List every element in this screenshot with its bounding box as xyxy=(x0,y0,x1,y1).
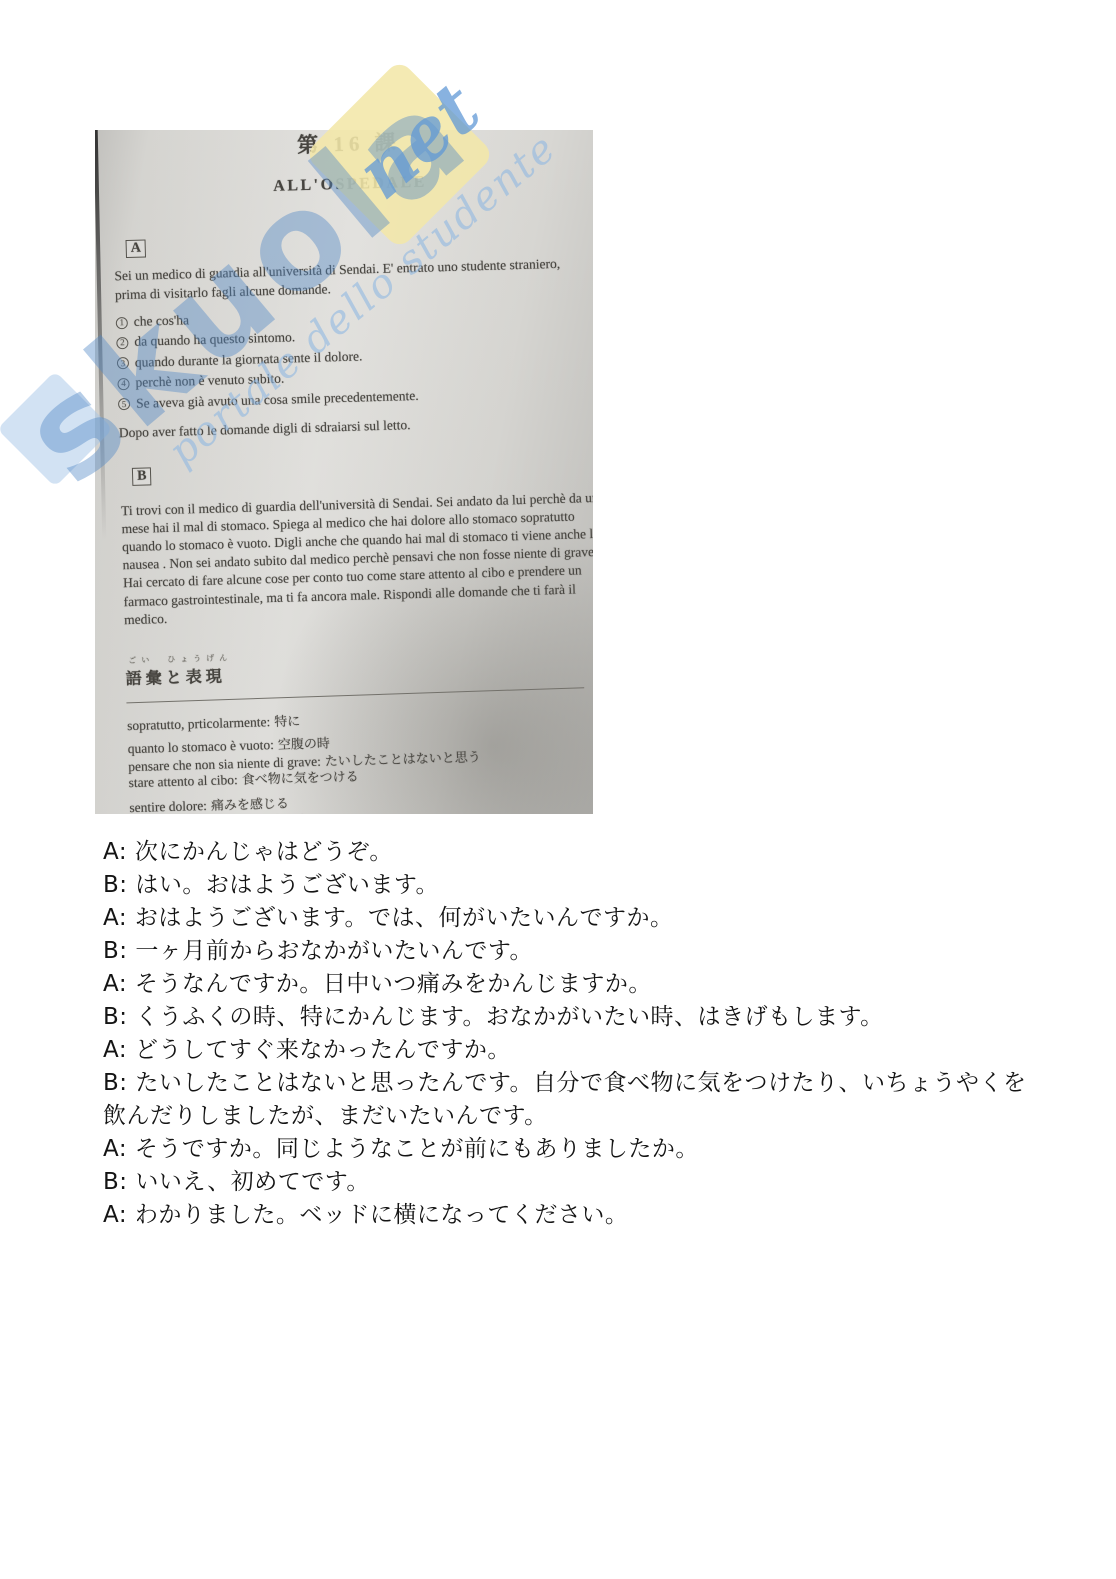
section-a-label: A xyxy=(126,239,147,258)
dialogue-line: A: そうですか。同じようなことが前にもありましたか。 xyxy=(103,1133,1103,1166)
vocab-translation: 食べ物に気をつける xyxy=(242,769,359,787)
question-text: da quando ha questo sintomo. xyxy=(134,330,295,349)
question-text: quando durante la giornata sente il dolo… xyxy=(135,348,363,369)
vocab-translation: たいしたことはないと思う xyxy=(325,749,481,768)
question-number: 3 xyxy=(117,357,129,369)
textbook-photo: 第 16 課 ALL'OSPEDALE A Sei un medico di g… xyxy=(95,130,593,814)
dialogue-line: A: どうしてすぐ来なかったんですか。 xyxy=(103,1034,1103,1067)
question-number: 5 xyxy=(118,398,130,410)
lesson-number: 第 16 課 xyxy=(111,130,588,164)
section-b-label: B xyxy=(132,467,152,486)
vocab-term: sopratutto, prticolarmente: xyxy=(127,714,271,733)
dialogue-line: B: はい。おはようございます。 xyxy=(103,869,1103,902)
dialogue-line: B: いいえ、初めてです。 xyxy=(103,1166,1103,1199)
question-list: 1che cos'ha 2da quando ha questo sintomo… xyxy=(116,299,593,414)
vocab-translation: 空腹の時 xyxy=(278,736,330,752)
question-number: 1 xyxy=(116,316,128,328)
question-number: 2 xyxy=(116,337,128,349)
dialogue-line: A: 次にかんじゃはどうぞ。 xyxy=(103,836,1103,869)
dialogue-line: B: くうふくの時、特にかんじます。おなかがいたい時、はきげもします。 xyxy=(103,1001,1103,1034)
vocab-term: sentire dolore: xyxy=(129,798,207,814)
dialogue-line: A: そうなんですか。日中いつ痛みをかんじますか。 xyxy=(103,968,1103,1001)
vocab-translation: 痛みを感じる xyxy=(211,796,289,813)
textbook-page-content: 第 16 課 ALL'OSPEDALE A Sei un medico di g… xyxy=(95,130,593,814)
vocab-term: stare attento al cibo: xyxy=(128,773,237,791)
vocab-list: sopratutto, prticolarmente:特に quanto lo … xyxy=(127,705,593,814)
question-text: perchè non è venuto subito. xyxy=(135,371,284,390)
lesson-title: ALL'OSPEDALE xyxy=(112,169,588,200)
dialogue-line: A: わかりました。ベッドに横になってください。 xyxy=(103,1199,1103,1232)
dialogue-line: B: たいしたことはないと思ったんです。自分で食べ物に気をつけたり、いちょうやく… xyxy=(103,1067,1103,1100)
vocab-term: quanto lo stomaco è vuoto: xyxy=(128,738,275,757)
vocab-divider xyxy=(126,687,584,703)
section-b-body: Ti trovi con il medico di guardia dell'u… xyxy=(121,488,593,629)
dialogue: A: 次にかんじゃはどうぞ。 B: はい。おはようございます。 A: おはようご… xyxy=(103,836,1103,1232)
dialogue-line: A: おはようございます。では、何がいたいんですか。 xyxy=(103,902,1103,935)
dialogue-line: 飲んだりしましたが、まだいたいんです。 xyxy=(103,1100,1103,1133)
question-text: che cos'ha xyxy=(134,312,190,329)
question-number: 4 xyxy=(117,378,129,390)
section-a-intro: Sei un medico di guardia all'università … xyxy=(114,254,593,304)
vocab-translation: 特に xyxy=(274,713,300,729)
dialogue-line: B: 一ヶ月前からおなかがいたいんです。 xyxy=(103,935,1103,968)
section-a-closing: Dopo aver fatto le domande digli di sdra… xyxy=(119,411,593,443)
vocab-header: ごい ひょうげん 語彙と表現 xyxy=(125,642,593,689)
